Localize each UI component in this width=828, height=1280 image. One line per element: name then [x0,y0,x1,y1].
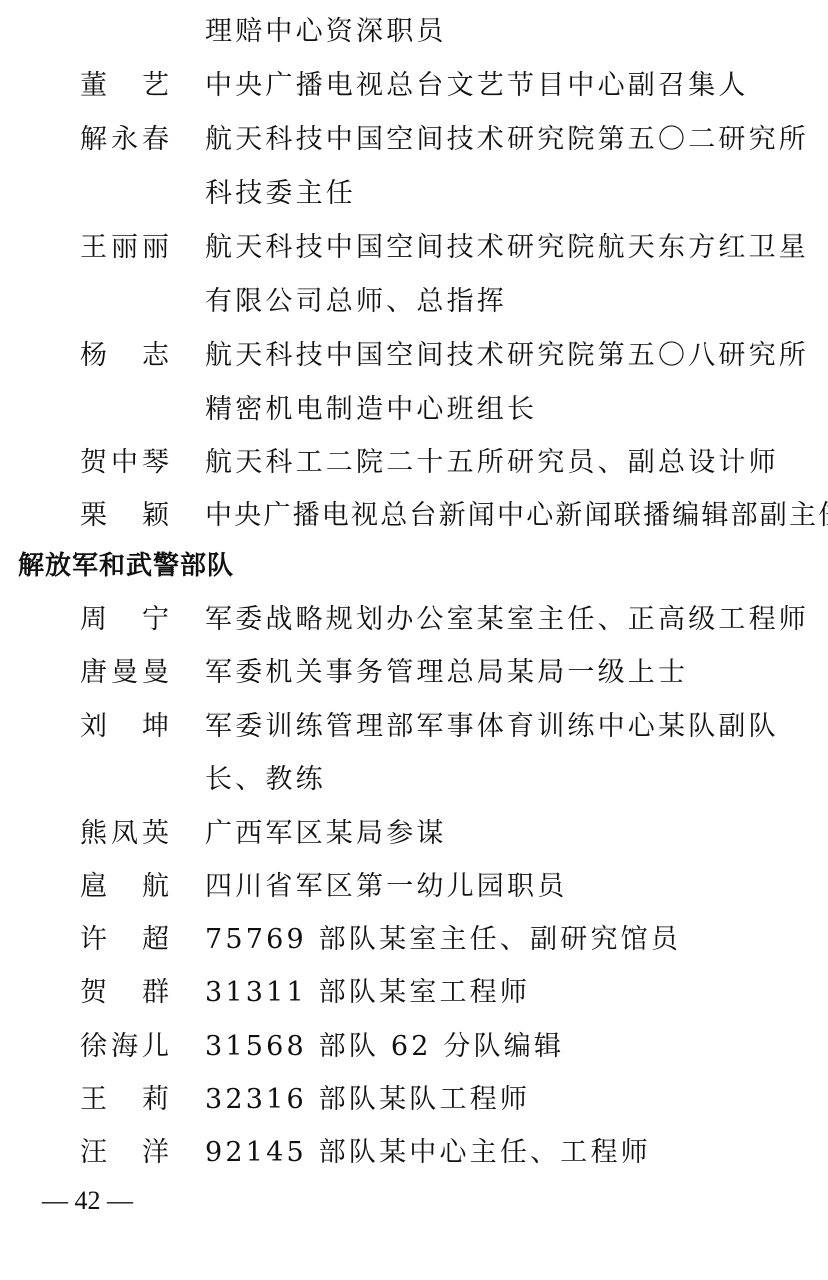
person-name: 许超 [80,920,176,960]
person-name: 贺群 [80,973,176,1013]
person-title: 航天科技中国空间技术研究院第五〇八研究所 [205,336,809,376]
person-name: 汪洋 [80,1133,176,1173]
person-name: 杨志 [80,336,176,376]
person-title: 31568 部队 62 分队编辑 [205,1027,564,1067]
person-name: 栗颖 [80,496,176,536]
person-title-continued: 精密机电制造中心班组长 [205,390,537,430]
person-title: 32316 部队某队工程师 [205,1080,530,1120]
person-name: 解永春 [80,120,176,160]
continued-description: 理赔中心资深职员 [205,12,447,52]
person-title: 75769 部队某室主任、副研究馆员 [205,920,681,960]
person-title-continued: 有限公司总师、总指挥 [205,282,507,322]
person-title: 军委战略规划办公室某室主任、正高级工程师 [205,600,809,640]
person-name: 周宁 [80,600,176,640]
person-title: 92145 部队某中心主任、工程师 [205,1133,651,1173]
person-title: 航天科技中国空间技术研究院航天东方红卫星 [205,228,809,268]
person-name: 董艺 [80,66,176,106]
section-heading: 解放军和武警部队 [18,546,234,586]
person-name: 王莉 [80,1080,176,1120]
person-name: 徐海儿 [80,1027,176,1067]
person-title: 中央广播电视总台新闻中心新闻联播编辑部副主任 [205,496,828,536]
person-title: 航天科工二院二十五所研究员、副总设计师 [205,443,779,483]
person-title-continued: 长、教练 [205,760,326,800]
person-name: 贺中琴 [80,443,176,483]
person-title: 31311 部队某室工程师 [205,973,530,1013]
person-title: 广西军区某局参谋 [205,814,447,854]
person-title: 军委机关事务管理总局某局一级上士 [205,653,688,693]
person-name: 唐曼曼 [80,653,176,693]
person-title: 中央广播电视总台文艺节目中心副召集人 [205,66,749,106]
person-name: 刘坤 [80,707,176,747]
person-name: 熊凤英 [80,814,176,854]
person-title: 四川省军区第一幼儿园职员 [205,867,567,907]
person-title: 军委训练管理部军事体育训练中心某队副队 [205,707,779,747]
document-page: 理赔中心资深职员 董艺 中央广播电视总台文艺节目中心副召集人 解永春 航天科技中… [0,0,828,1280]
person-name: 扈航 [80,867,176,907]
page-number: — 42 — [42,1183,133,1219]
person-title: 航天科技中国空间技术研究院第五〇二研究所 [205,120,809,160]
person-name: 王丽丽 [80,228,176,268]
person-title-continued: 科技委主任 [205,174,356,214]
